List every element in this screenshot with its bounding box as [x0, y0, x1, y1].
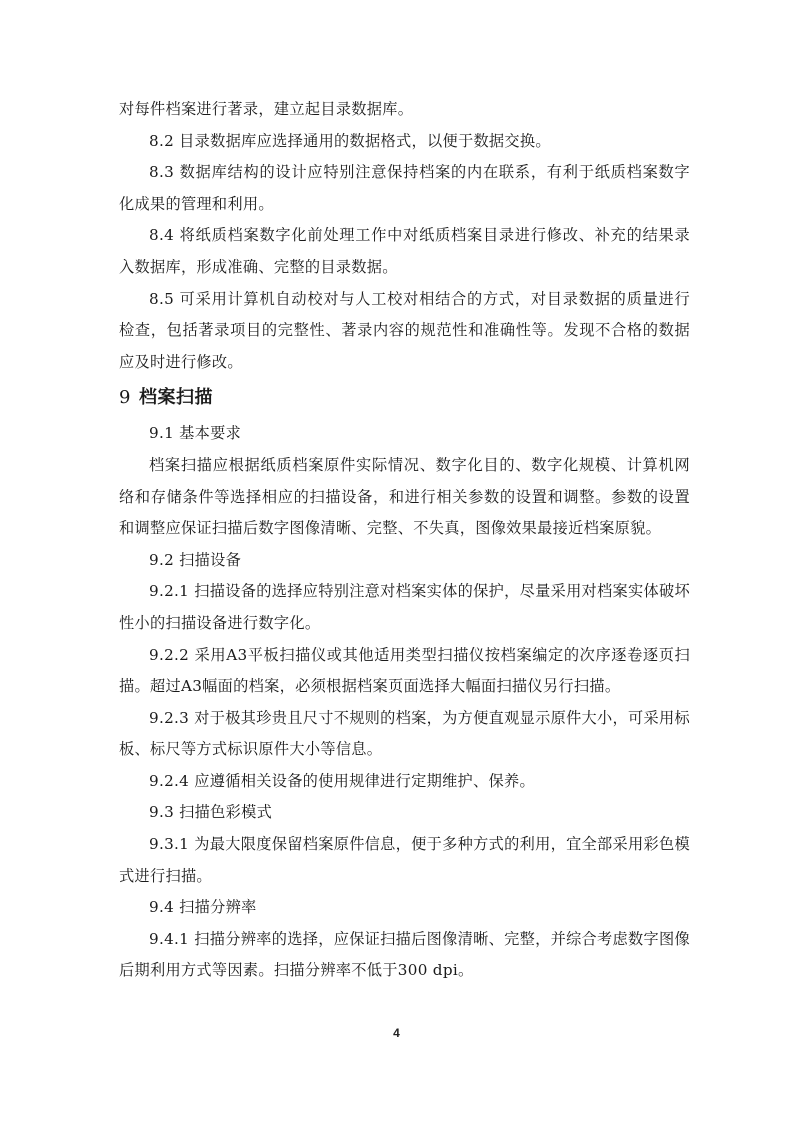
paragraph-9-4-1: 9.4.1 扫描分辨率的选择，应保证扫描后图像清晰、完整，并综合考虑数字图像后期… — [119, 924, 690, 987]
subheading-9-4: 9.4 扫描分辨率 — [119, 892, 690, 924]
paragraph-continuation: 对每件档案进行著录，建立起目录数据库。 — [119, 94, 690, 126]
subheading-9-1: 9.1 基本要求 — [119, 418, 690, 450]
subheading-9-2: 9.2 扫描设备 — [119, 545, 690, 577]
paragraph-9-2-3: 9.2.3 对于极其珍贵且尺寸不规则的档案，为方便直观显示原件大小，可采用标板、… — [119, 703, 690, 766]
paragraph-9-2-4: 9.2.4 应遵循相关设备的使用规律进行定期维护、保养。 — [119, 766, 690, 798]
paragraph-9-1-body: 档案扫描应根据纸质档案原件实际情况、数字化目的、数字化规模、计算机网络和存储条件… — [119, 450, 690, 545]
paragraph-8-3: 8.3 数据库结构的设计应特别注意保持档案的内在联系，有利于纸质档案数字化成果的… — [119, 157, 690, 220]
section-title: 档案扫描 — [139, 387, 213, 408]
page-number: 4 — [0, 1026, 793, 1040]
paragraph-9-2-1: 9.2.1 扫描设备的选择应特别注意对档案实体的保护，尽量采用对档案实体破坏性小… — [119, 576, 690, 639]
section-heading-9: 9档案扫描 — [119, 388, 690, 408]
subheading-9-3: 9.3 扫描色彩模式 — [119, 797, 690, 829]
paragraph-8-4: 8.4 将纸质档案数字化前处理工作中对纸质档案目录进行修改、补充的结果录入数据库… — [119, 220, 690, 283]
document-page: 对每件档案进行著录，建立起目录数据库。 8.2 目录数据库应选择通用的数据格式，… — [119, 94, 690, 987]
section-number: 9 — [119, 387, 131, 408]
paragraph-8-2: 8.2 目录数据库应选择通用的数据格式，以便于数据交换。 — [119, 126, 690, 158]
paragraph-8-5: 8.5 可采用计算机自动校对与人工校对相结合的方式，对目录数据的质量进行检查，包… — [119, 284, 690, 379]
paragraph-9-2-2: 9.2.2 采用A3平板扫描仪或其他适用类型扫描仪按档案编定的次序逐卷逐页扫描。… — [119, 640, 690, 703]
paragraph-9-3-1: 9.3.1 为最大限度保留档案原件信息，便于多种方式的利用，宜全部采用彩色模式进… — [119, 829, 690, 892]
